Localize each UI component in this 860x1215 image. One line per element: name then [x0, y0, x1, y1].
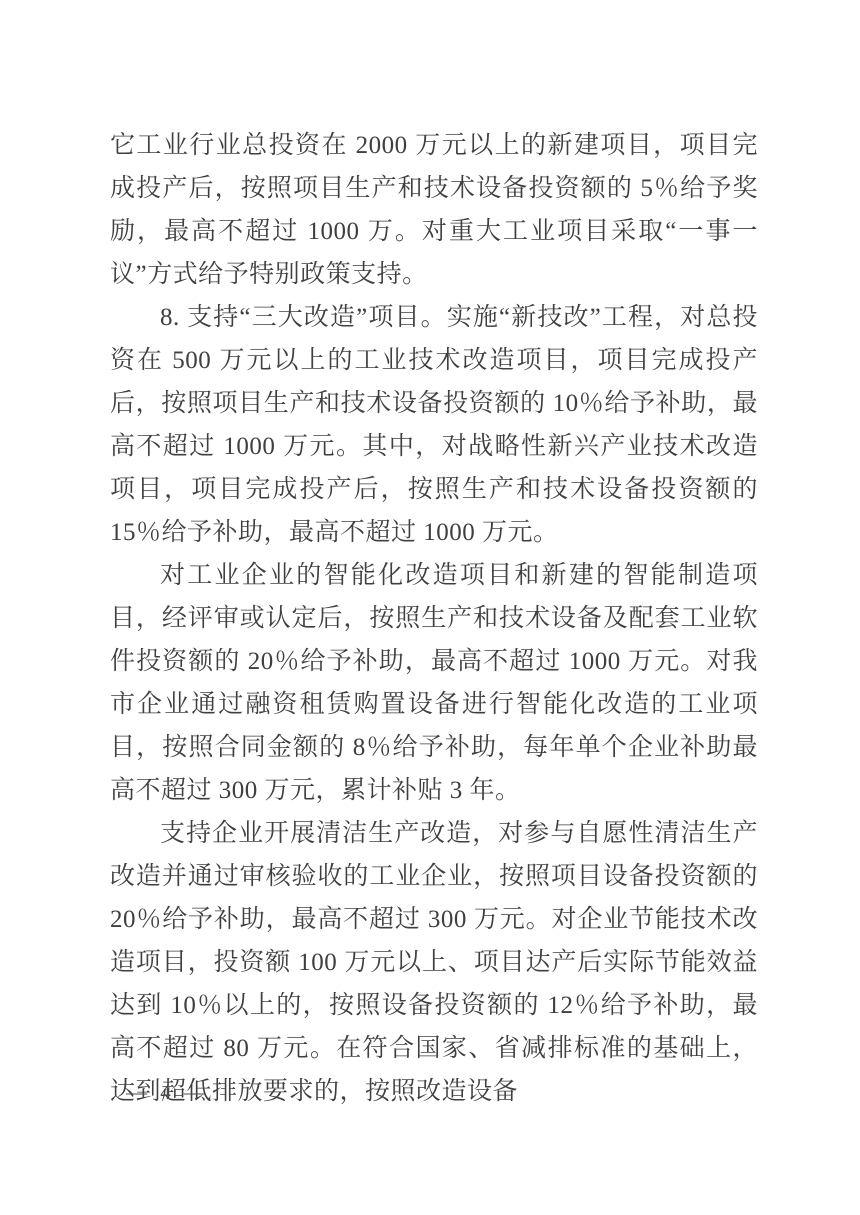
paragraph-clean-production: 支持企业开展清洁生产改造，对参与自愿性清洁生产改造并通过审核验收的工业企业，按照…: [110, 812, 758, 1113]
document-body: 它工业行业总投资在 2000 万元以上的新建项目，项目完成投产后，按照项目生产和…: [110, 124, 758, 1113]
paragraph-smart-manufacturing: 对工业企业的智能化改造项目和新建的智能制造项目，经评审或认定后，按照生产和技术设…: [110, 554, 758, 812]
paragraph-item-8: 8. 支持“三大改造”项目。实施“新技改”工程，对总投资在 500 万元以上的工…: [110, 296, 758, 554]
paragraph-continuation: 它工业行业总投资在 2000 万元以上的新建项目，项目完成投产后，按照项目生产和…: [110, 124, 758, 296]
document-page: 它工业行业总投资在 2000 万元以上的新建项目，项目完成投产后，按照项目生产和…: [0, 0, 860, 1215]
page-number: — 4 —: [126, 1080, 209, 1105]
